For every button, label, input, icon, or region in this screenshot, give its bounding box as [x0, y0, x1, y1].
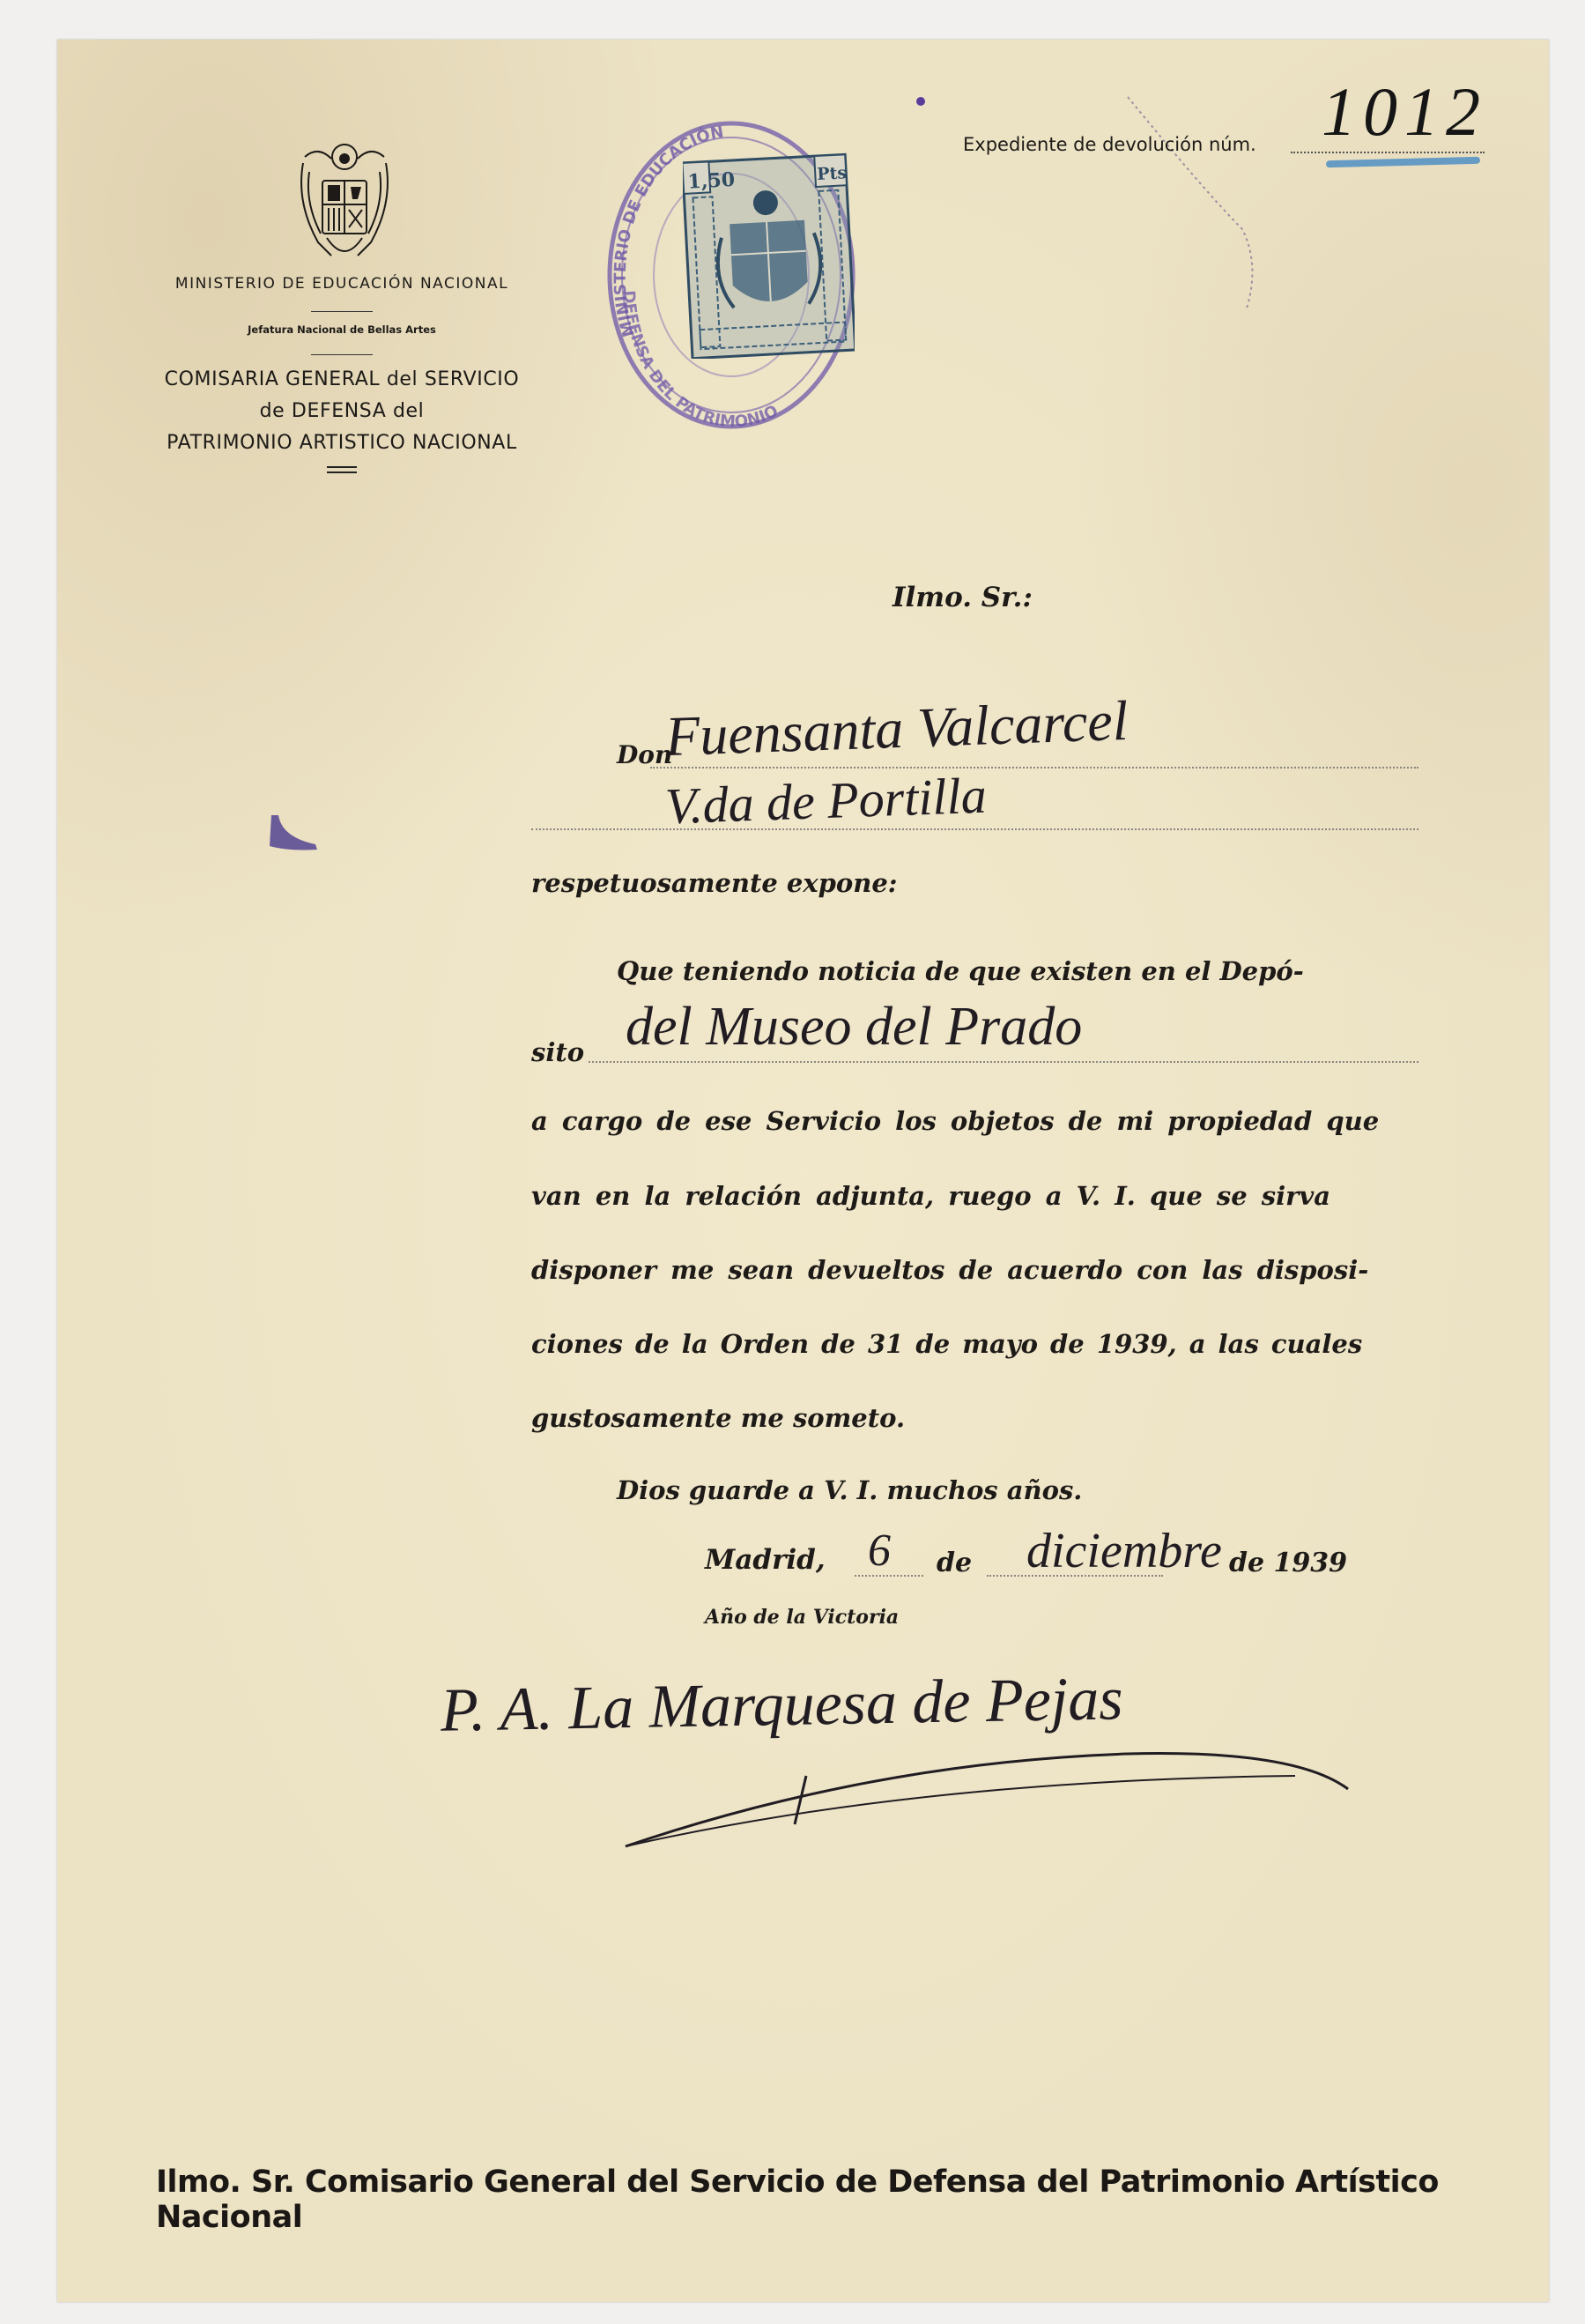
department-name: Jefatura Nacional de Bellas Artes [148, 323, 536, 336]
ink-blot-mark [263, 811, 324, 855]
fold-mark [881, 62, 1278, 308]
fiscal-revenue-stamp-icon: 1,50 Pts [683, 152, 855, 359]
day-handwritten: 6 [868, 1525, 891, 1577]
don-label: Don [617, 740, 672, 769]
commission-name: COMISARIA GENERAL del SERVICIO de DEFENS… [148, 364, 536, 459]
signature-flourish [608, 1727, 1357, 1860]
expone-label: respetuosamente expone: [531, 868, 898, 898]
deposit-location-handwritten: del Museo del Prado [626, 996, 1082, 1058]
divider [311, 311, 373, 312]
body-line-5: ciones de la Orden de 31 de mayo de 1939… [531, 1329, 1362, 1359]
month-handwritten: diciembre [1026, 1523, 1222, 1579]
closing-formula: Dios guarde a V. I. muchos años. [617, 1475, 1082, 1505]
body-line-1: Que teniendo noticia de que existen en e… [617, 956, 1304, 986]
coat-of-arms-icon [296, 141, 393, 269]
dateline-year: de 1939 [1229, 1548, 1347, 1578]
body-line-6: gustosamente me someto. [531, 1403, 905, 1433]
dotted-fill-line [531, 828, 1418, 830]
expediente-number: 1012 [1322, 72, 1487, 152]
petitioner-title-handwritten: V.da de Portilla [664, 766, 988, 836]
svg-text:Pts: Pts [817, 163, 848, 184]
dateline-city: Madrid, [705, 1544, 826, 1576]
commission-line-3: PATRIMONIO ARTISTICO NACIONAL [148, 427, 536, 459]
body-line-2: a cargo de ese Servicio los objetos de m… [531, 1106, 1379, 1136]
dotted-fill-line [650, 767, 1418, 768]
divider [311, 354, 373, 355]
addressee-footer: Ilmo. Sr. Comisario General del Servicio… [156, 2164, 1585, 2235]
sito-label: sito [531, 1037, 584, 1067]
double-rule [327, 471, 357, 473]
dateline-de: de [937, 1548, 972, 1578]
era-label: Año de la Victoria [705, 1606, 899, 1629]
body-line-4: disponer me sean devueltos de acuerdo co… [531, 1255, 1368, 1285]
salutation: Ilmo. Sr.: [892, 582, 1033, 613]
dotted-fill-line [1291, 152, 1485, 153]
ministry-name: MINISTERIO DE EDUCACIÓN NACIONAL [148, 275, 536, 293]
commission-line-1: COMISARIA GENERAL del SERVICIO [148, 364, 536, 396]
commission-line-2: de DEFENSA del [148, 396, 536, 427]
double-rule [327, 466, 357, 468]
expediente-label: Expediente de devolución núm. [963, 134, 1256, 155]
body-line-3: van en la relación adjunta, ruego a V. I… [531, 1181, 1330, 1211]
dotted-fill-line [589, 1061, 1418, 1063]
svg-text:1,50: 1,50 [687, 168, 736, 194]
